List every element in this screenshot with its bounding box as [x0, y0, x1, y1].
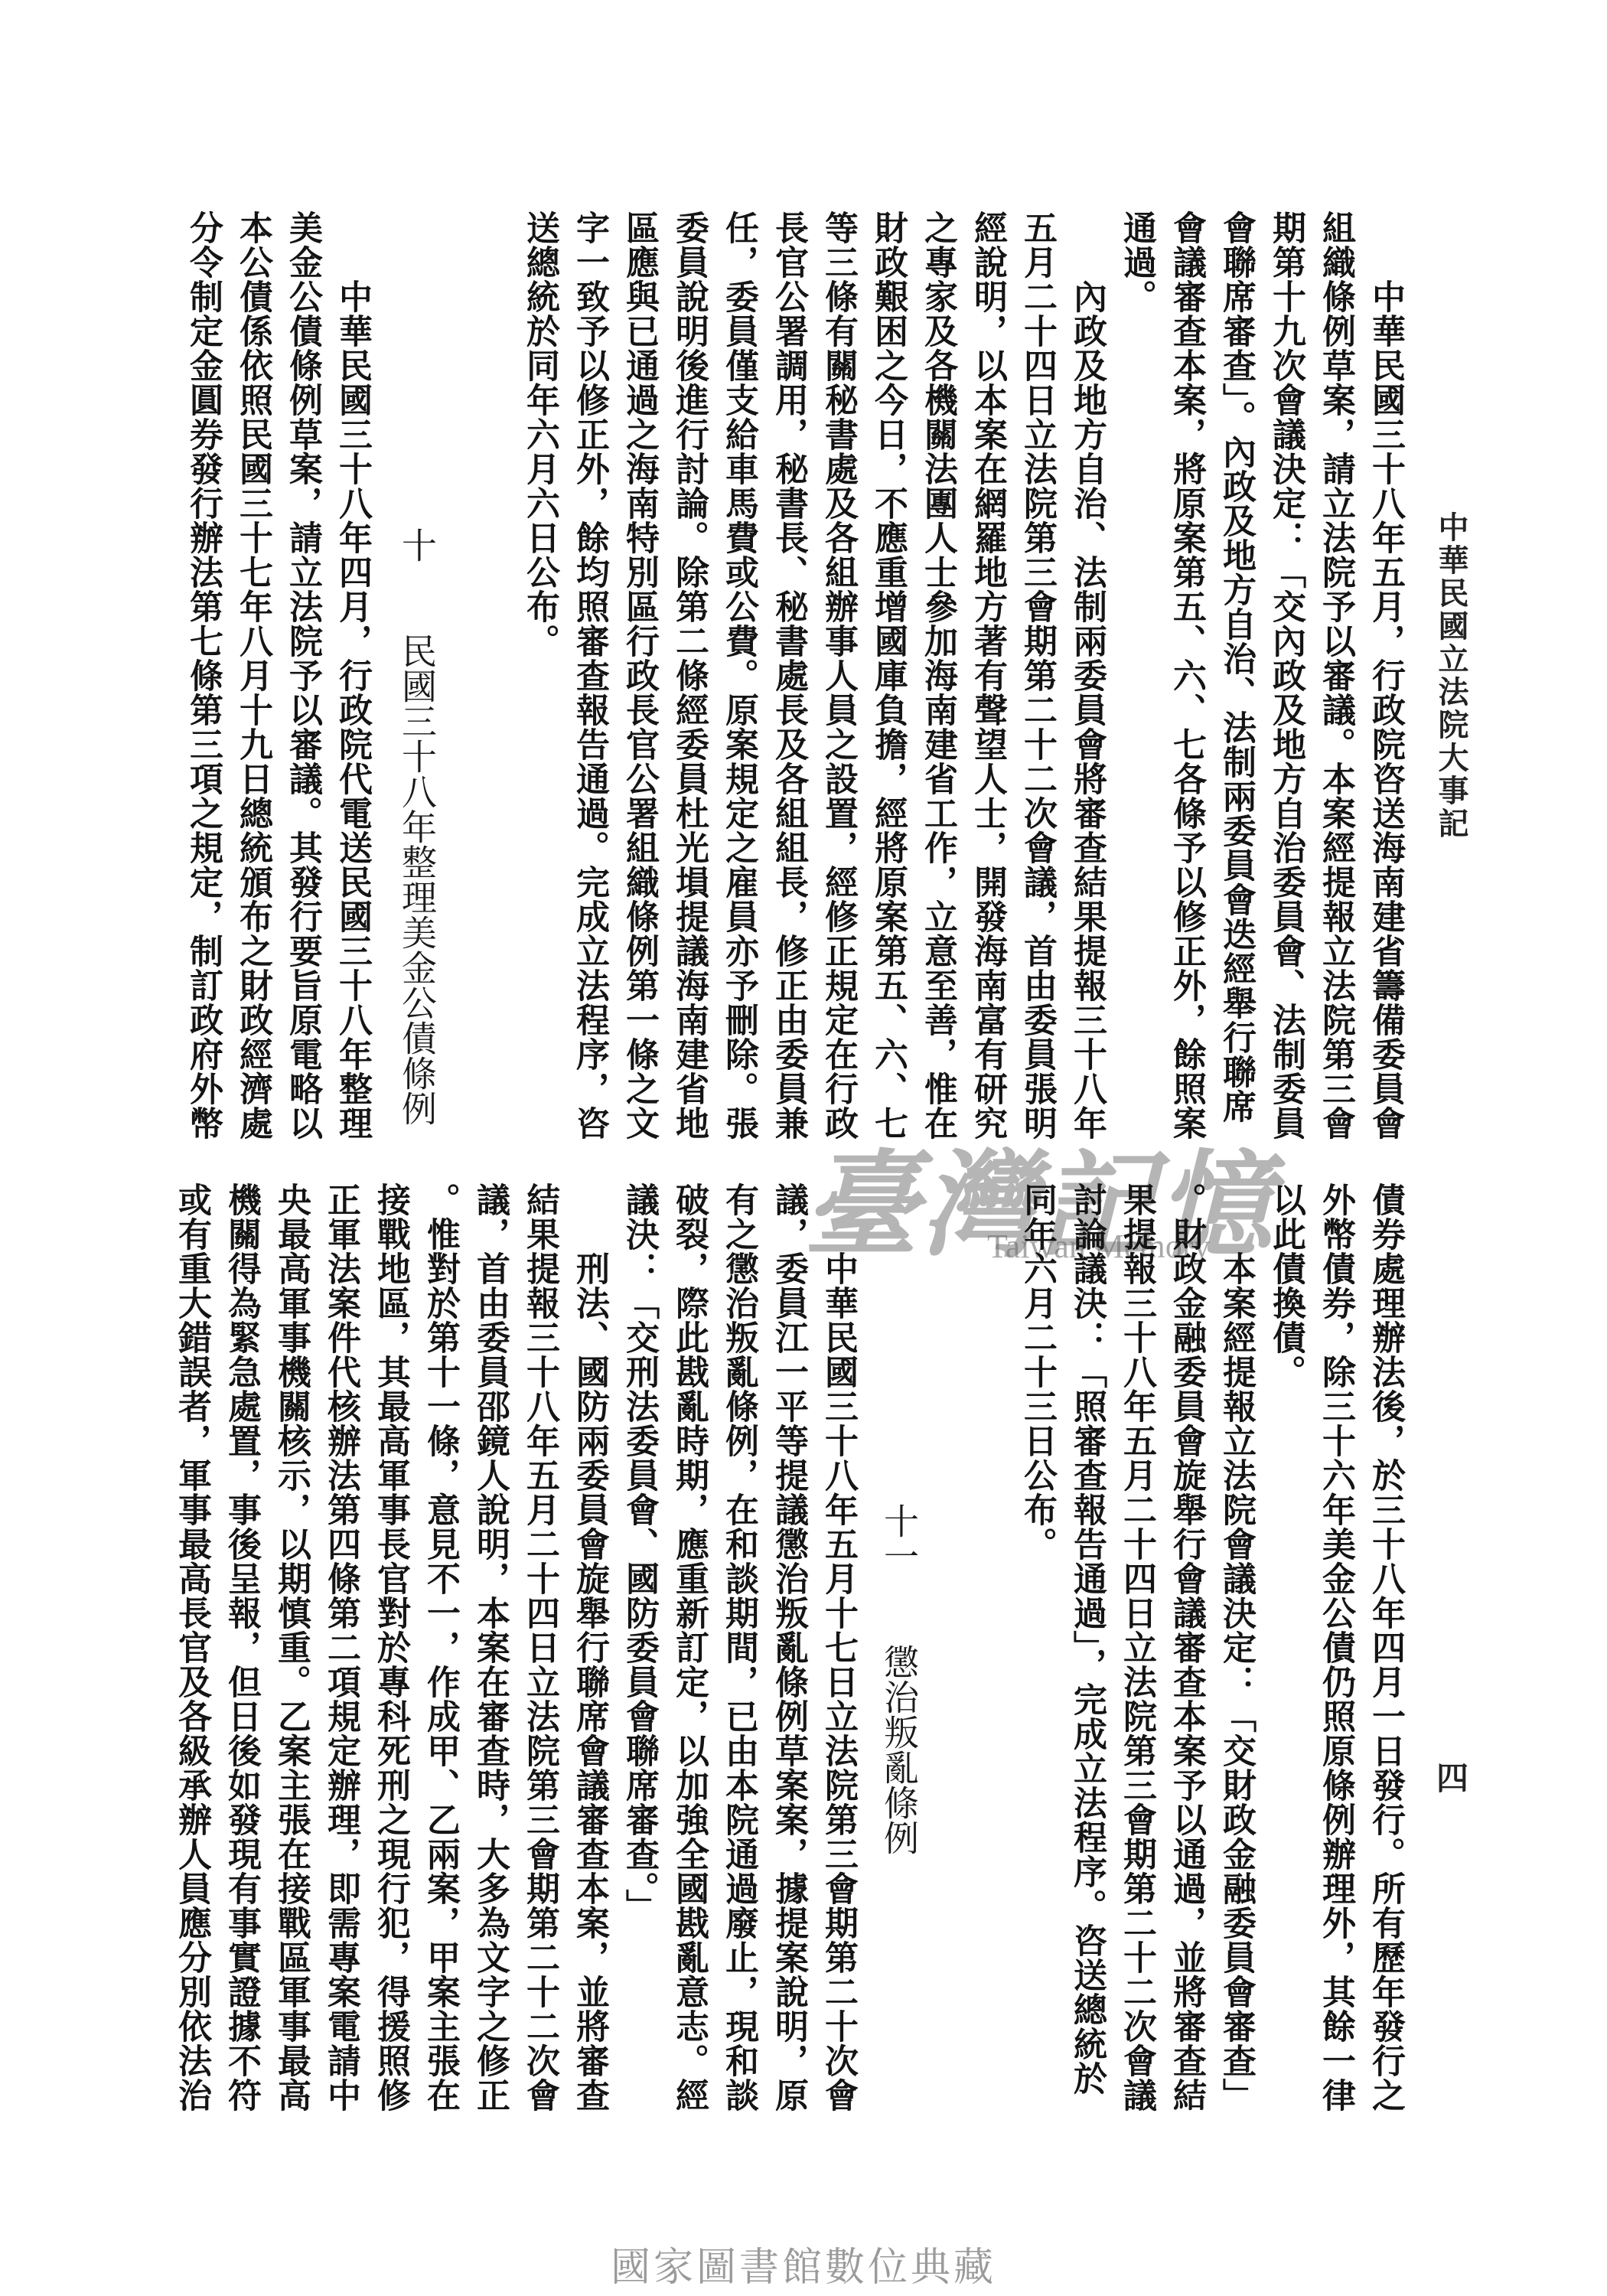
text-column: 區應與已通過之海南特別區行政長官公署組織條例第一條之文	[616, 210, 662, 1140]
section-heading: 懲治叛亂條例	[878, 1644, 920, 1855]
text-column: 五月二十四日立法院第三會期第二十二次會議，首由委員張明	[1014, 210, 1060, 1140]
text-column: 之專家及各機關法團人士參加海南建省工作，立意至善，惟在	[914, 210, 960, 1140]
text-column: 。財政金融委員會旋舉行會議審查本案予以通過，並將審查結	[1163, 1182, 1209, 2112]
text-column: 經說明，以本案在網羅地方著有聲望人士，開發海南富有研究	[964, 210, 1010, 1140]
text-column: 財政艱困之今日，不應重增國庫負擔，經將原案第五、六、七	[865, 210, 911, 1140]
text-column: 外幣債券，除三十六年美金公債仍照原條例辦理外，其餘一律	[1312, 1182, 1358, 2112]
text-column: 議決：「交刑法委員會、國防委員會聯席審查。」	[616, 1182, 662, 1923]
text-column: 議，委員江一平等提議懲治叛亂條例草案案，據提案說明，原	[765, 1182, 811, 2112]
library-collection-footer: 國家圖書館數位典藏	[605, 2244, 1002, 2291]
text-column: 結果提報三十八年五月二十四日立法院第三會期第二十二次會	[517, 1182, 562, 2112]
text-column: 中華民國三十八年五月十七日立法院第三會期第二十次會	[815, 1251, 861, 2112]
text-column: 果提報三十八年五月二十四日立法院第三會期第二十二次會議	[1113, 1182, 1159, 2112]
text-column: 有之懲治叛亂條例，在和談期間，已由本院通過廢止，現和談	[715, 1182, 761, 2112]
text-column: 分令制定金圓券發行辦法第七條第三項之規定，制訂政府外幣	[180, 210, 226, 1140]
text-column: 會聯席審查」。內政及地方自治、法制兩委員會迭經舉行聯席	[1213, 210, 1259, 1124]
running-header-title: 中華民國立法院大事記	[1433, 511, 1469, 840]
text-column: 正軍法案件代核辦法第四條第二項規定辦理，即需專案電請中	[318, 1182, 363, 2112]
text-column: 期第十九次會議決定：「交內政及地方自治委員會、法制委員	[1263, 210, 1309, 1140]
section-heading: 民國三十八年整理美金公債條例	[396, 633, 438, 1126]
text-column: 或有重大錯誤者，軍事最高長官及各級承辦人員應分別依法治	[168, 1182, 214, 2112]
section-spacer	[396, 563, 438, 633]
section-title: 十 民國三十八年整理美金公債條例	[440, 279, 486, 1126]
text-column: 議，首由委員邵鏡人說明，本案在審查時，大多為文字之修正	[467, 1182, 513, 2112]
page-number: 四	[1434, 1760, 1471, 1797]
text-column: 央最高軍事機關核示，以期慎重。乙案主張在接戰區軍事最高	[268, 1182, 314, 2112]
text-column: 任，委員僅支給車馬費或公費。原案規定之雇員亦予刪除。張	[715, 210, 761, 1140]
text-column: 中華民國三十八年四月，行政院代電送民國三十八年整理	[329, 279, 375, 1140]
text-column: 美金公債條例草案，請立法院予以審議。其發行要旨原電略以	[279, 210, 325, 1140]
text-column: 債券處理辦法後，於三十八年四月一日發行。所有歷年發行之	[1362, 1182, 1408, 2112]
text-column: 會議審查本案，將原案第五、六、七各條予以修正外，餘照案	[1163, 210, 1209, 1140]
text-column: 同年六月二十三日公布。	[1014, 1182, 1060, 1561]
text-column: 討論議決：「照審查報告通過」，完成立法程序。咨送總統於	[1064, 1182, 1110, 2095]
text-column: 內政及地方自治、法制兩委員會將審查結果提報三十八年	[1064, 279, 1110, 1140]
text-column: 委員說明後進行討論。除第二條經委員杜光塤提議海南建省地	[666, 210, 712, 1140]
document-page: 中華民國立法院大事記 四 中華民國三十八年五月，行政院咨送海南建省籌備委員會 組…	[0, 0, 1607, 2296]
text-column: 通過。	[1113, 210, 1159, 314]
text-column: 本公債係依照民國三十七年八月十九日總統頒布之財政經濟處	[230, 210, 275, 1140]
section-number: 十	[396, 527, 438, 563]
text-column: 中華民國三十八年五月，行政院咨送海南建省籌備委員會	[1362, 279, 1408, 1140]
text-column: 本案經提報立法院會議決定：「交財政金融委員會審查」	[1213, 1251, 1259, 2112]
text-column: 破裂，際此戡亂時期，應重新訂定，以加強全國戡亂意志。經	[666, 1182, 712, 2112]
text-column: 以此債換債。	[1263, 1182, 1309, 1389]
text-column: 機關得為緊急處置，事後呈報，但日後如發現有事實證據不符	[218, 1182, 264, 2112]
text-column: 等三條有關秘書處及各組辦事人員之設置，經修正規定在行政	[815, 210, 861, 1140]
text-column: 字一致予以修正外，餘均照審查報告通過。完成立法程序，咨	[566, 210, 612, 1140]
text-column: 長官公署調用，秘書長、秘書處長及各組組長，修正由委員兼	[765, 210, 811, 1140]
section-spacer	[878, 1574, 920, 1644]
text-column: 刑法、國防兩委員會旋舉行聯席會議審查本案，並將審查	[566, 1251, 612, 2112]
section-number: 十一	[878, 1503, 920, 1574]
text-column: 送總統於同年六月六日公布。	[517, 210, 562, 658]
section-title: 十一 懲治叛亂條例	[922, 1255, 968, 1855]
text-column: 。惟對於第十一條，意見不一，作成甲、乙兩案，甲案主張在	[417, 1182, 463, 2112]
text-column: 接戰地區，其最高軍事長官對於專科死刑之現行犯，得援照修	[367, 1182, 413, 2112]
text-column: 組織條例草案，請立法院予以審議。本案經提報立法院第三會	[1312, 210, 1358, 1140]
